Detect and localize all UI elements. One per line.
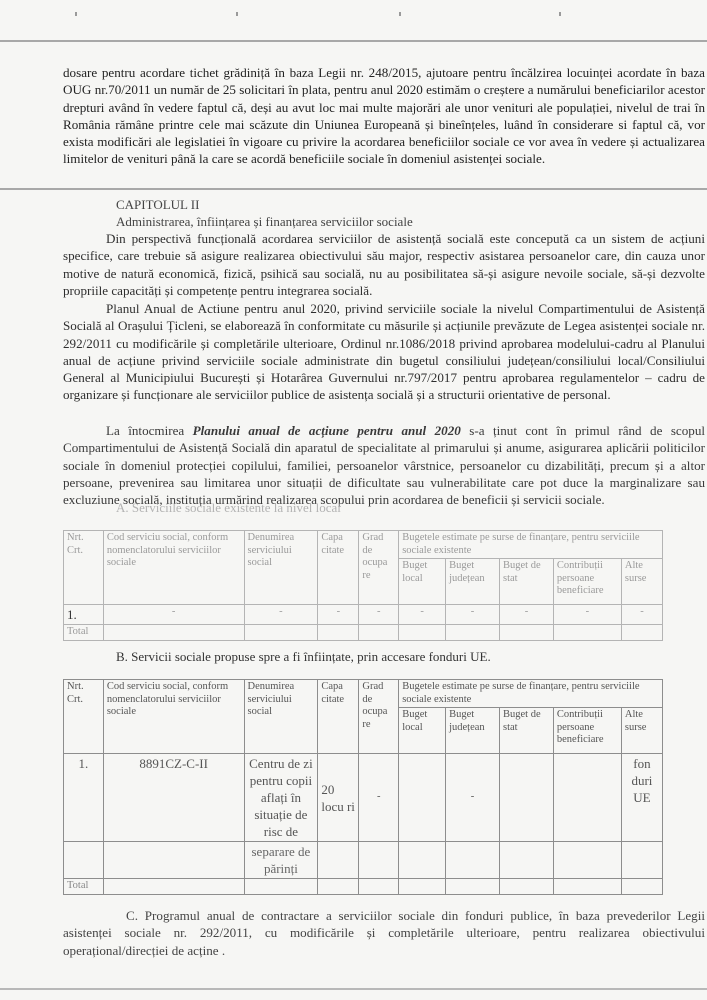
header-buget-local: Buget local [399, 559, 446, 605]
header-alte-surse: Alte surse [621, 708, 662, 754]
paragraph-2: Planul Anual de Actiune pentru anul 2020… [63, 300, 705, 404]
plan-title-emphasis: Planului anual de acțiune pentru anul 20… [193, 423, 461, 438]
page-divider-bottom [0, 988, 707, 990]
header-bugete: Bugetele estimate pe surse de finanțare,… [399, 531, 663, 559]
table-row-continuation: separare de părinți [64, 842, 663, 879]
scan-mark [75, 12, 77, 16]
header-capacitate: Capa citate [318, 531, 359, 605]
header-nr: Nrt. Crt. [64, 531, 104, 605]
header-buget-stat: Buget de stat [499, 708, 553, 754]
header-alte-surse: Alte surse [621, 559, 662, 605]
chapter-subtitle: Administrarea, înființarea și finanțarea… [116, 213, 413, 230]
header-contributii: Contribuții persoane beneficiare [553, 559, 621, 605]
total-row: Total [64, 625, 663, 641]
header-bugete: Bugetele estimate pe surse de finanțare,… [399, 680, 663, 708]
page-divider-middle [0, 188, 707, 190]
header-cod: Cod serviciu social, conform nomenclator… [103, 531, 244, 605]
paragraph-1: Din perspectivă funcțională acordarea se… [63, 230, 705, 299]
header-denumire: Denumirea serviciului social [244, 531, 318, 605]
section-c-paragraph: C. Programul anual de contractare a serv… [63, 907, 705, 959]
header-cod: Cod serviciu social, conform nomenclator… [103, 680, 244, 754]
table-row: 1. 8891CZ-C-II Centru de zi pentru copii… [64, 754, 663, 842]
header-grad: Grad de ocupa re [359, 680, 399, 754]
page-divider-top [0, 40, 707, 42]
header-grad: Grad de ocupa re [359, 531, 399, 605]
existing-services-table: Nrt. Crt. Cod serviciu social, conform n… [63, 530, 663, 641]
table-row: 1. - - - - - - - - - [64, 605, 663, 625]
header-buget-judetean: Buget județean [446, 708, 500, 754]
chapter-title: CAPITOLUL II [116, 196, 199, 213]
scan-mark [559, 12, 561, 16]
header-denumire: Denumirea serviciului social [244, 680, 318, 754]
paragraph-3: La întocmirea Planului anual de acțiune … [63, 422, 705, 508]
section-a-title: A. Serviciile sociale existente la nivel… [116, 500, 341, 516]
scan-mark [236, 12, 238, 16]
header-nr: Nrt. Crt. [64, 680, 104, 754]
section-b-title: B. Servicii sociale propuse spre a fi în… [116, 649, 491, 665]
header-contributii: Contribuții persoane beneficiare [553, 708, 621, 754]
header-buget-stat: Buget de stat [499, 559, 553, 605]
intro-paragraph: dosare pentru acordare tichet grădiniță … [63, 64, 705, 168]
header-buget-local: Buget local [399, 708, 446, 754]
paragraph-3-start: La întocmirea [106, 423, 193, 438]
proposed-services-table: Nrt. Crt. Cod serviciu social, conform n… [63, 679, 663, 895]
header-buget-judetean: Buget județean [446, 559, 500, 605]
header-capacitate: Capa citate [318, 680, 359, 754]
total-row: Total [64, 879, 663, 895]
scan-mark [399, 12, 401, 16]
